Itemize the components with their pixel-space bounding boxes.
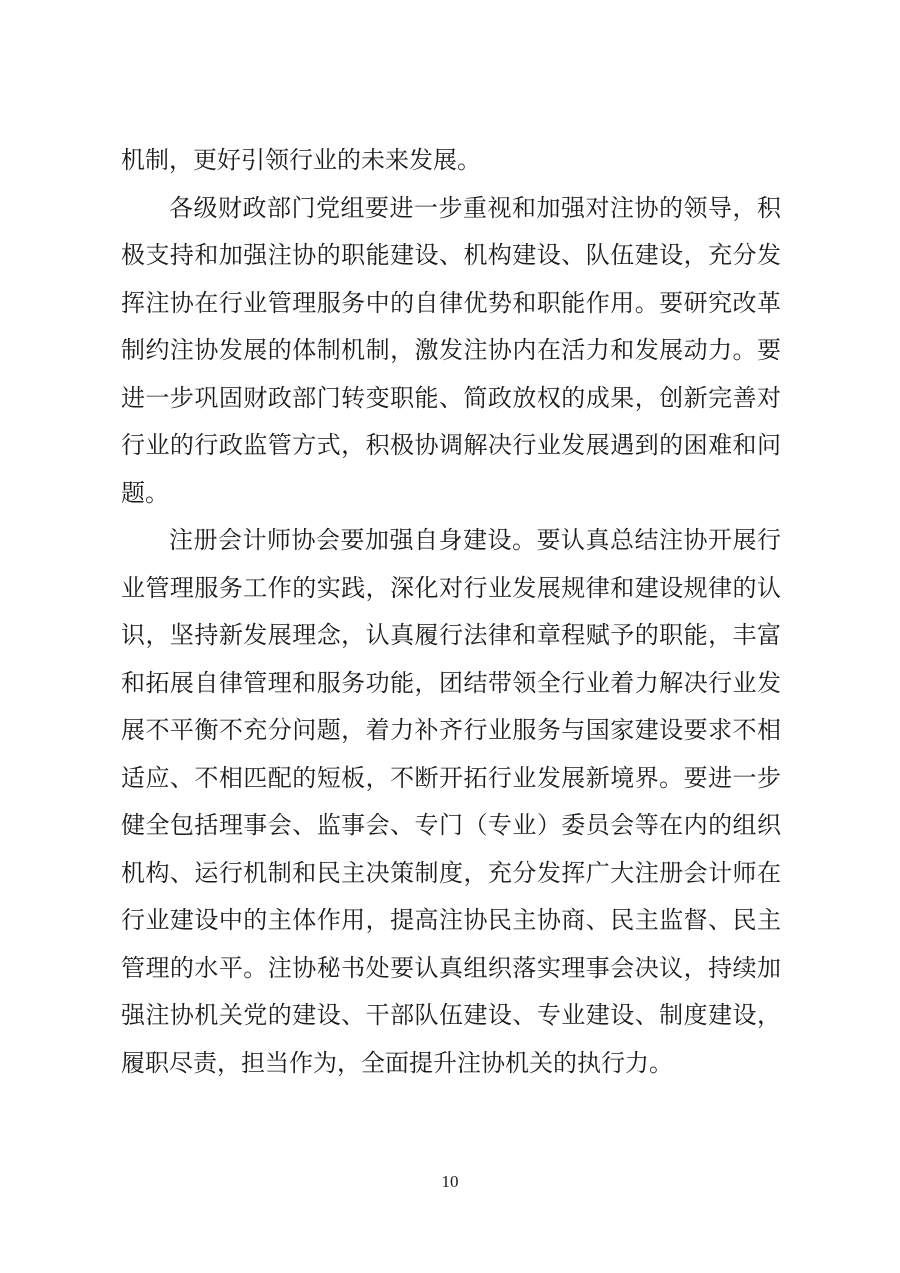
text-line: 机构、运行机制和民主决策制度，充分发挥广大注册会计师在: [121, 851, 781, 899]
text-line: 制约注协发展的体制机制，激发注协内在活力和发展动力。要: [121, 328, 781, 376]
text-line: 行业建设中的主体作用，提高注协民主协商、民主监督、民主: [121, 898, 781, 946]
text-line: 强注协机关党的建设、干部队伍建设、专业建设、制度建设，: [121, 993, 781, 1041]
text-line: 和拓展自律管理和服务功能，团结带领全行业着力解决行业发: [121, 661, 781, 709]
text-line: 适应、不相匹配的短板，不断开拓行业发展新境界。要进一步: [121, 756, 781, 804]
document-page: 机制，更好引领行业的未来发展。各级财政部门党组要进一步重视和加强对注协的领导，积…: [0, 0, 900, 1273]
text-line: 履职尽责，担当作为，全面提升注协机关的执行力。: [121, 1041, 781, 1089]
text-line: 行业的行政监管方式，积极协调解决行业发展遇到的困难和问: [121, 423, 781, 471]
text-lines: 机制，更好引领行业的未来发展。各级财政部门党组要进一步重视和加强对注协的领导，积…: [121, 138, 781, 1088]
text-line: 健全包括理事会、监事会、专门（专业）委员会等在内的组织: [121, 803, 781, 851]
text-line: 各级财政部门党组要进一步重视和加强对注协的领导，积: [121, 186, 781, 234]
page-number: 10: [0, 1172, 900, 1192]
text-line: 展不平衡不充分问题，着力补齐行业服务与国家建设要求不相: [121, 708, 781, 756]
text-line: 极支持和加强注协的职能建设、机构建设、队伍建设，充分发: [121, 233, 781, 281]
text-line: 挥注协在行业管理服务中的自律优势和职能作用。要研究改革: [121, 281, 781, 329]
text-line: 业管理服务工作的实践，深化对行业发展规律和建设规律的认: [121, 566, 781, 614]
text-line: 机制，更好引领行业的未来发展。: [121, 138, 781, 186]
text-line: 题。: [121, 471, 781, 519]
text-line: 进一步巩固财政部门转变职能、简政放权的成果，创新完善对: [121, 376, 781, 424]
text-line: 管理的水平。注协秘书处要认真组织落实理事会决议，持续加: [121, 946, 781, 994]
text-line: 识，坚持新发展理念，认真履行法律和章程赋予的职能，丰富: [121, 613, 781, 661]
body-text: 机制，更好引领行业的未来发展。各级财政部门党组要进一步重视和加强对注协的领导，积…: [121, 138, 781, 1088]
text-line: 注册会计师协会要加强自身建设。要认真总结注协开展行: [121, 518, 781, 566]
